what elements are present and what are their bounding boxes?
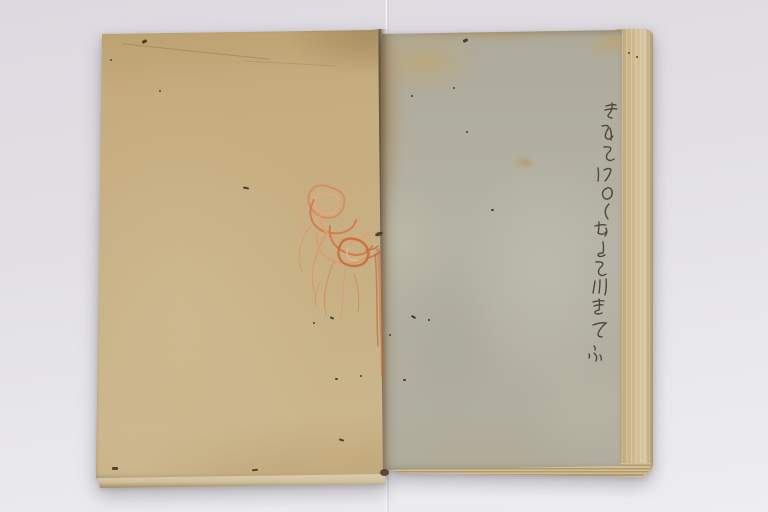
calligraphy-column bbox=[583, 102, 629, 382]
paper-crease bbox=[122, 43, 269, 59]
manuscript-book bbox=[85, 26, 660, 486]
photo-backdrop bbox=[0, 0, 768, 512]
binding-threads-tassel bbox=[270, 170, 390, 380]
paper-crease bbox=[245, 61, 335, 67]
